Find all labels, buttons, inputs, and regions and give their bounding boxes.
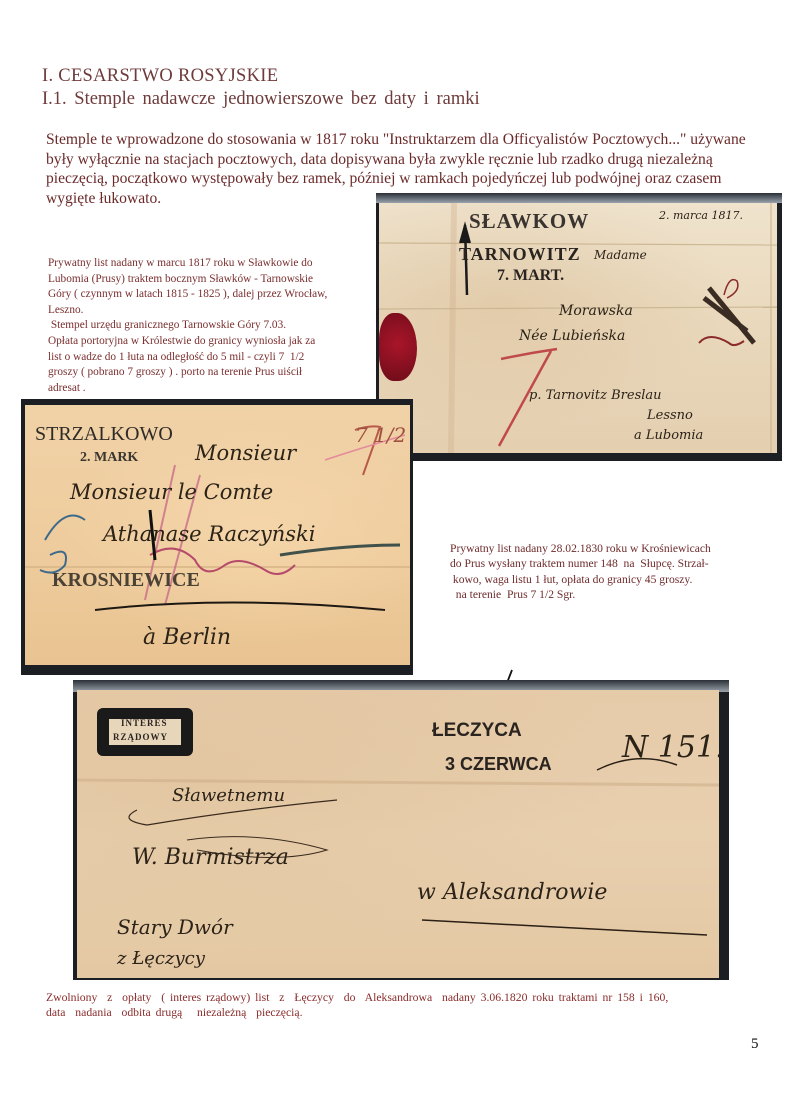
intro-line: były wyłącznie na stacjach pocztowych, d… xyxy=(46,150,786,170)
letter-paper: STRZALKOWO 2. MARK KROSNIEWICE Monsieur … xyxy=(25,405,410,665)
caption-line: Opłata portoryjna w Królestwie do granic… xyxy=(48,334,378,350)
manuscript-addressee: Morawska xyxy=(559,303,633,319)
postmark-tarnowitz: TARNOWITZ xyxy=(459,244,581,265)
postmark-date: 3 CZERWCA xyxy=(445,754,552,775)
page-number: 5 xyxy=(751,1036,759,1053)
stamp-line-2: RZĄDOWY xyxy=(113,732,168,742)
manuscript-stary-dwor: Stary Dwór xyxy=(117,915,233,939)
postmark-slawkow: SŁAWKOW xyxy=(469,209,589,234)
letter-leczyca-image: INTERES RZĄDOWY ŁECZYCA 3 CZERWCA N 151.… xyxy=(73,680,729,980)
stamp-line-1: INTERES xyxy=(121,718,168,728)
letter-paper: INTERES RZĄDOWY ŁECZYCA 3 CZERWCA N 151.… xyxy=(77,690,719,978)
manuscript-rate: 7 1/2 xyxy=(355,423,406,447)
caption-line: kowo, waga listu 1 łut, opłata do granic… xyxy=(450,572,780,587)
postmark-date: 7. MART. xyxy=(497,267,564,285)
manuscript-destination: à Berlin xyxy=(143,625,231,650)
manuscript-route: p. Tarnovitz Breslau xyxy=(529,388,662,403)
manuscript-burmistrz: W. Burmistrza xyxy=(132,845,289,870)
manuscript-comte: Monsieur le Comte xyxy=(70,480,273,504)
exhibit-1-caption: Prywatny list nadany w marcu 1817 roku w… xyxy=(48,256,378,396)
exhibit-2-caption: Prywatny list nadany 28.02.1830 roku w K… xyxy=(450,541,780,603)
manuscript-name: Athanase Raczyński xyxy=(103,522,315,546)
intro-line: pieczęcią, początkowo występowały bez ra… xyxy=(46,169,786,189)
caption-line: na terenie Prus 7 1/2 Sgr. xyxy=(450,587,780,602)
exhibit-3-caption: Zwolniony z opłaty ( interes rządowy) li… xyxy=(46,990,786,1020)
caption-line: Leszno. xyxy=(48,303,378,319)
caption-line: list o wadze do 1 łuta na odległość do 5… xyxy=(48,350,378,366)
interes-rzadowy-stamp: INTERES RZĄDOWY xyxy=(97,708,193,756)
caption-line: Prywatny list nadany w marcu 1817 roku w… xyxy=(48,256,378,272)
intro-line: Stemple te wprowadzone do stosowania w 1… xyxy=(46,130,786,150)
letter-paper: SŁAWKOW TARNOWITZ 7. MART. 2. marca 1817… xyxy=(379,203,777,453)
wax-seal xyxy=(379,313,417,381)
postmark-krosniewice: KROSNIEWICE xyxy=(52,569,200,592)
manuscript-date: 2. marca 1817. xyxy=(659,209,743,222)
caption-line: Góry ( czynnym w latach 1815 - 1825 ), d… xyxy=(48,287,378,303)
manuscript-number: N 151. xyxy=(622,730,719,765)
caption-line: adresat . xyxy=(48,381,378,397)
manuscript-monsieur: Monsieur xyxy=(195,441,296,465)
manuscript-madame: Madame xyxy=(594,248,647,262)
caption-line: do Prus wysłany traktem numer 148 na Słu… xyxy=(450,556,780,571)
mount-edge xyxy=(376,193,782,203)
manuscript-lessno: Lessno xyxy=(647,408,693,423)
subsection-title: I.1. Stemple nadawcze jednowierszowe bez… xyxy=(42,89,480,110)
manuscript-nee: Née Lubieńska xyxy=(519,328,625,344)
caption-line: Zwolniony z opłaty ( interes rządowy) li… xyxy=(46,990,786,1005)
manuscript-aleksandrow: w Aleksandrowie xyxy=(417,880,607,905)
postmark-leczyca: ŁECZYCA xyxy=(432,720,522,742)
postmark-strzalkowo: STRZALKOWO xyxy=(35,423,173,446)
manuscript-lubomia: a Lubomia xyxy=(634,428,703,443)
letter-slawkow-image: SŁAWKOW TARNOWITZ 7. MART. 2. marca 1817… xyxy=(376,193,782,461)
caption-line: Stempel urzędu granicznego Tarnowskie Gó… xyxy=(48,318,378,334)
caption-line: data nadania odbita drugą niezależną pie… xyxy=(46,1005,786,1020)
caption-line: Lubomia (Prusy) traktem bocznym Sławków … xyxy=(48,272,378,288)
section-title: I. CESARSTWO ROSYJSKIE xyxy=(42,66,278,87)
manuscript-salutation: Sławetnemu xyxy=(172,785,285,806)
postmark-date: 2. MARK xyxy=(80,450,138,466)
caption-line: groszy ( pobrano 7 groszy ) . porto na t… xyxy=(48,365,378,381)
letter-krosniewice-image: STRZALKOWO 2. MARK KROSNIEWICE Monsieur … xyxy=(21,399,413,675)
caption-line: Prywatny list nadany 28.02.1830 roku w K… xyxy=(450,541,780,556)
manuscript-from: z Łęczycy xyxy=(117,948,205,969)
